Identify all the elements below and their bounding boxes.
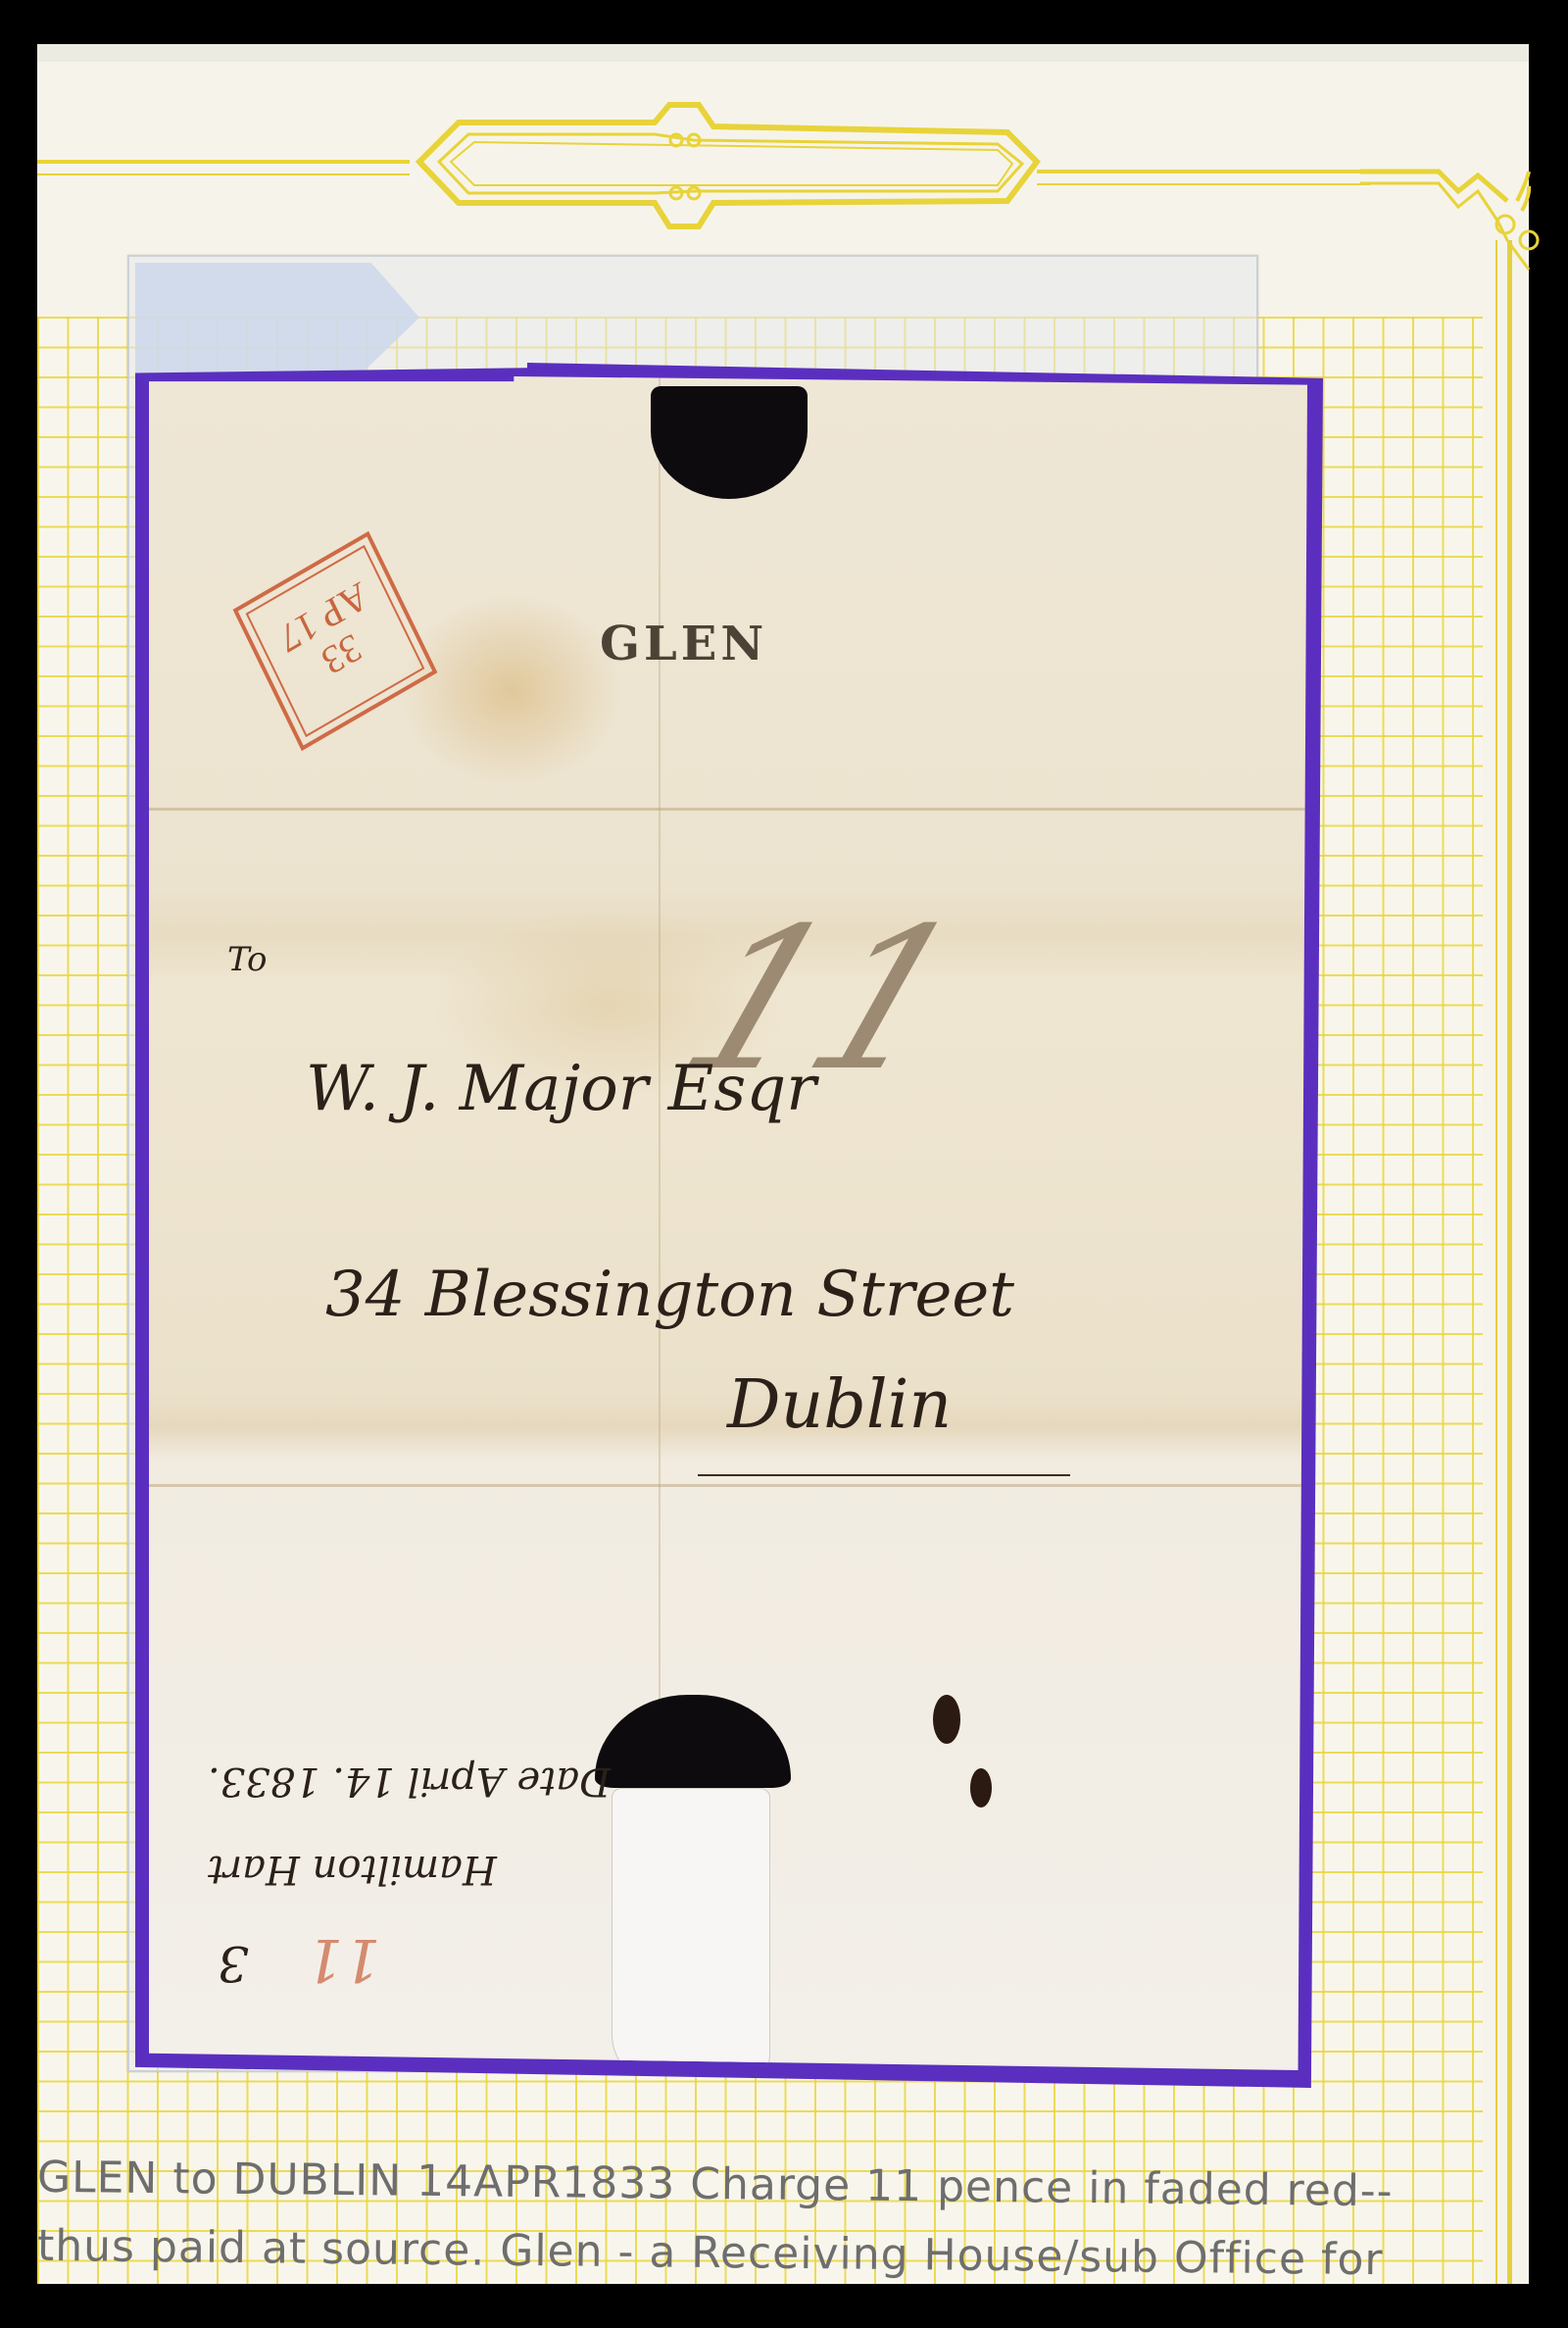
ink-smudge: [970, 1768, 992, 1808]
page-top-edge: [37, 44, 1529, 62]
header-rule-left: [37, 160, 410, 164]
ink-smudge: [933, 1695, 960, 1744]
address-line-2: 34 Blessington Street: [325, 1259, 1014, 1331]
page-right-margin: [1483, 317, 1529, 2284]
docket-line-1: Hamilton Hart: [208, 1847, 497, 1892]
fold-line: [149, 808, 1307, 811]
header-rule-right-inner: [1037, 183, 1370, 185]
header-rule-right: [1037, 170, 1370, 173]
docket-red-mark: 11: [306, 1925, 380, 1994]
annotation-line-1: GLEN to DUBLIN 14APR1833 Charge 11 pence…: [37, 2153, 1394, 2216]
seal-paper-residue: [612, 1788, 770, 2084]
docket-black-mark: 3: [218, 1935, 249, 1992]
address-line-3: Dublin: [727, 1366, 952, 1444]
address-prefix: To: [227, 940, 268, 979]
annotation-line-2: thus paid at source. Glen - a Receiving …: [37, 2221, 1384, 2285]
right-border-line: [1495, 240, 1497, 2284]
docket-line-2: Date April 14. 1833.: [208, 1758, 611, 1804]
wax-seal-top: [651, 386, 808, 499]
red-datestamp: 33 AP 17: [233, 531, 438, 751]
address-underline: [698, 1474, 1070, 1476]
handwritten-annotation: GLEN to DUBLIN 14APR1833 Charge 11 pence…: [37, 2152, 1448, 2289]
town-handstamp: GLEN: [600, 617, 767, 671]
entire-letter-cover[interactable]: 33 AP 17 GLEN 11 To W. J. Major Esqr 34 …: [135, 363, 1323, 2088]
right-border-line-thick: [1507, 240, 1512, 2284]
address-line-1: W. J. Major Esqr: [306, 1053, 816, 1125]
cover-paper: 33 AP 17 GLEN 11 To W. J. Major Esqr 34 …: [149, 376, 1307, 2070]
wax-seal-bottom: [595, 1695, 791, 1788]
header-rule-left-inner: [37, 173, 410, 175]
header-cartouche-ornament: [400, 83, 1066, 250]
fold-line: [149, 1484, 1307, 1487]
